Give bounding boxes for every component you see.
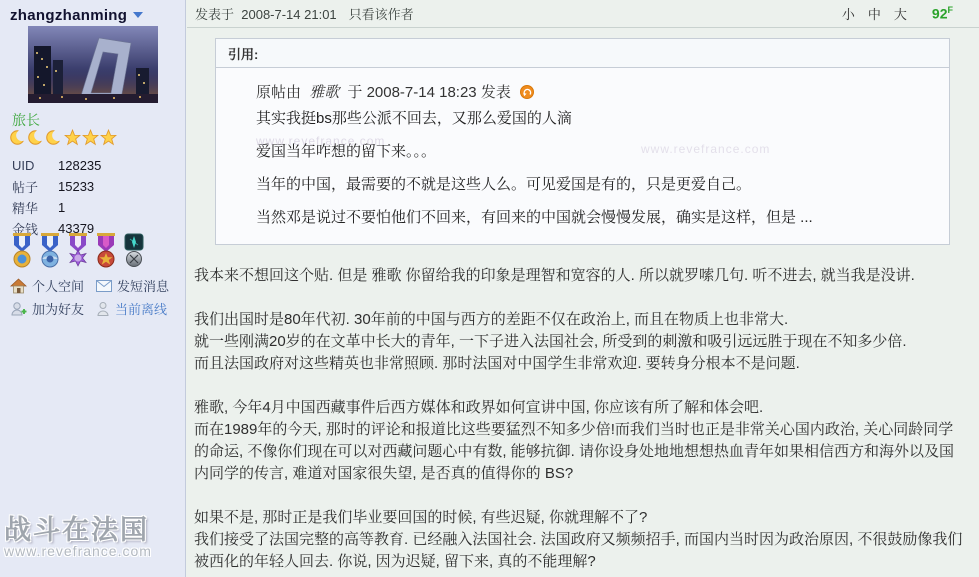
post-line: 雅歌, 今年4月中国西藏事件后西方媒体和政界如何宣讲中国, 你应该有所了解和体会… — [194, 397, 963, 419]
online-status: 当前离线 — [96, 299, 167, 318]
moon-icon — [10, 129, 27, 146]
quote-line: 爱国当年咋想的留下来。。。 — [256, 140, 933, 161]
online-status-label: 当前离线 — [115, 299, 167, 318]
post-time: 2008-7-14 21:01 — [241, 7, 336, 22]
quote-line: 其实我挺bs那些公派不回去，又那么爱国的人滴 — [256, 107, 933, 128]
medal-dark-gem-sphere-icon — [121, 232, 147, 268]
post-panel: 发表于 2008-7-14 21:01 只看该作者 小 中 大 92F 引用: … — [187, 0, 979, 577]
floor-number-link[interactable]: 92F — [932, 5, 953, 22]
font-size-large-button[interactable]: 大 — [894, 4, 907, 23]
moon-icon — [28, 129, 45, 146]
post-line: 而在1989年的今天, 那时的评论和报道比这些要猛烈不知多少倍!而我们当时也正是… — [194, 419, 963, 485]
star-icon — [82, 129, 99, 146]
stat-value: 1 — [58, 200, 65, 215]
username-link[interactable]: zhangzhanming — [10, 7, 143, 24]
offline-icon — [96, 301, 110, 317]
post-body: 我本来不想回这个贴. 但是 雅歌 你留给我的印象是理智和宽容的人. 所以就罗嗦几… — [187, 245, 979, 573]
quote-title: 引用: — [216, 39, 949, 68]
home-icon — [10, 278, 27, 294]
stat-value: 15233 — [58, 179, 94, 194]
post-line: 我们接受了法国完整的高等教育. 已经融入法国社会. 法国政府又频频招手, 而国内… — [194, 529, 963, 573]
post-meta: 发表于 2008-7-14 21:01 只看该作者 — [195, 4, 414, 23]
posted-at-label: 发表于 2008-7-14 21:01 — [195, 4, 337, 23]
post-line: 就一些刚满20岁的在文革中长大的青年, 一下子进入法国社会, 所受到的刺激和吸引… — [194, 331, 963, 353]
goto-source-icon[interactable] — [520, 85, 534, 99]
add-friend-label: 加为好友 — [32, 299, 84, 318]
user-actions: 个人空间 发短消息 加为好友 — [10, 274, 182, 320]
send-message-link[interactable]: 发短消息 — [96, 276, 169, 295]
personal-space-link[interactable]: 个人空间 — [10, 276, 96, 295]
font-size-medium-button[interactable]: 中 — [868, 4, 881, 23]
stat-label: 帖子 — [12, 177, 58, 196]
add-friend-icon — [10, 301, 27, 317]
personal-space-label: 个人空间 — [32, 276, 84, 295]
moon-icon — [46, 129, 63, 146]
medal-purple-burst-icon — [65, 232, 91, 268]
quote-line: 当然邓是说过不要怕他们不回来，有回来的中国就会慢慢发展，确实是这样，但是 ... — [256, 206, 933, 227]
envelope-icon — [96, 280, 112, 292]
post-paragraph-group: 如果不是, 那时正是我们毕业要回国的时候, 有些迟疑, 你就理解不了? 我们接受… — [194, 507, 963, 573]
quote-block: 引用: www.revefrance.com www.revefrance.co… — [215, 38, 950, 245]
post-line: 如果不是, 那时正是我们毕业要回国的时候, 有些迟疑, 你就理解不了? — [194, 507, 963, 529]
post-line: 我本来不想回这个贴. 但是 雅歌 你留给我的印象是理智和宽容的人. 所以就罗嗦几… — [194, 265, 963, 287]
quoted-author: 雅歌 — [309, 84, 339, 101]
medal-red-star-icon — [93, 232, 119, 268]
quote-line: 当年的中国，最需要的不就是这些人么。可见爱国是有的，只是更爱自己。 — [256, 173, 933, 194]
username-text: zhangzhanming — [10, 7, 127, 24]
quote-content: www.revefrance.com www.revefrance.com 原帖… — [216, 68, 949, 244]
only-author-link[interactable]: 只看该作者 — [349, 4, 414, 23]
stat-label: UID — [12, 158, 58, 173]
user-actions-row-2: 加为好友 当前离线 — [10, 297, 182, 320]
user-avatar[interactable] — [28, 26, 158, 103]
post-paragraph-group: 雅歌, 今年4月中国西藏事件后西方媒体和政界如何宣讲中国, 你应该有所了解和体会… — [194, 397, 963, 485]
post-paragraph-group: 我本来不想回这个贴. 但是 雅歌 你留给我的印象是理智和宽容的人. 所以就罗嗦几… — [194, 265, 963, 287]
medal-blue-gold-gear-icon — [9, 232, 35, 268]
star-icon — [64, 129, 81, 146]
medal-blue-globe-icon — [37, 232, 63, 268]
user-actions-row-1: 个人空间 发短消息 — [10, 274, 182, 297]
chevron-down-icon[interactable] — [133, 12, 143, 18]
rank-icons — [10, 129, 117, 146]
site-logo-name: 战斗在法国 — [4, 516, 152, 544]
post-paragraph-group: 我们出国时是80年代初. 30年前的中国与西方的差距不仅在政治上, 而且在物质上… — [194, 309, 963, 375]
quoted-time: 2008-7-14 18:23 — [367, 84, 477, 101]
stat-value: 128235 — [58, 158, 101, 173]
site-logo-url: www.revefrance.com — [4, 544, 152, 559]
stat-row-digest: 精华 1 — [12, 197, 101, 218]
send-message-label: 发短消息 — [117, 276, 169, 295]
site-logo: 战斗在法国 www.revefrance.com — [4, 516, 152, 559]
star-icon — [100, 129, 117, 146]
author-sidebar: zhangzhanming 旅长 — [0, 0, 186, 577]
stat-row-uid: UID 128235 — [12, 155, 101, 176]
quote-source-line: 原帖由 雅歌 于 2008-7-14 18:23 发表 — [256, 81, 933, 102]
post-header-controls: 小 中 大 92F — [842, 4, 953, 23]
medal-row — [9, 232, 147, 268]
stat-row-posts: 帖子 15233 — [12, 176, 101, 197]
post-header: 发表于 2008-7-14 21:01 只看该作者 小 中 大 92F — [187, 0, 979, 28]
user-stats: UID 128235 帖子 15233 精华 1 金钱 43379 — [12, 155, 101, 239]
add-friend-link[interactable]: 加为好友 — [10, 299, 96, 318]
post-line: 而且法国政府对这些精英也非常照顾. 那时法国对中国学生非常欢迎. 要转身分根本不… — [194, 353, 963, 375]
post-line: 我们出国时是80年代初. 30年前的中国与西方的差距不仅在政治上, 而且在物质上… — [194, 309, 963, 331]
font-size-small-button[interactable]: 小 — [842, 4, 855, 23]
stat-label: 精华 — [12, 198, 58, 217]
user-rank-label: 旅长 — [12, 110, 40, 130]
